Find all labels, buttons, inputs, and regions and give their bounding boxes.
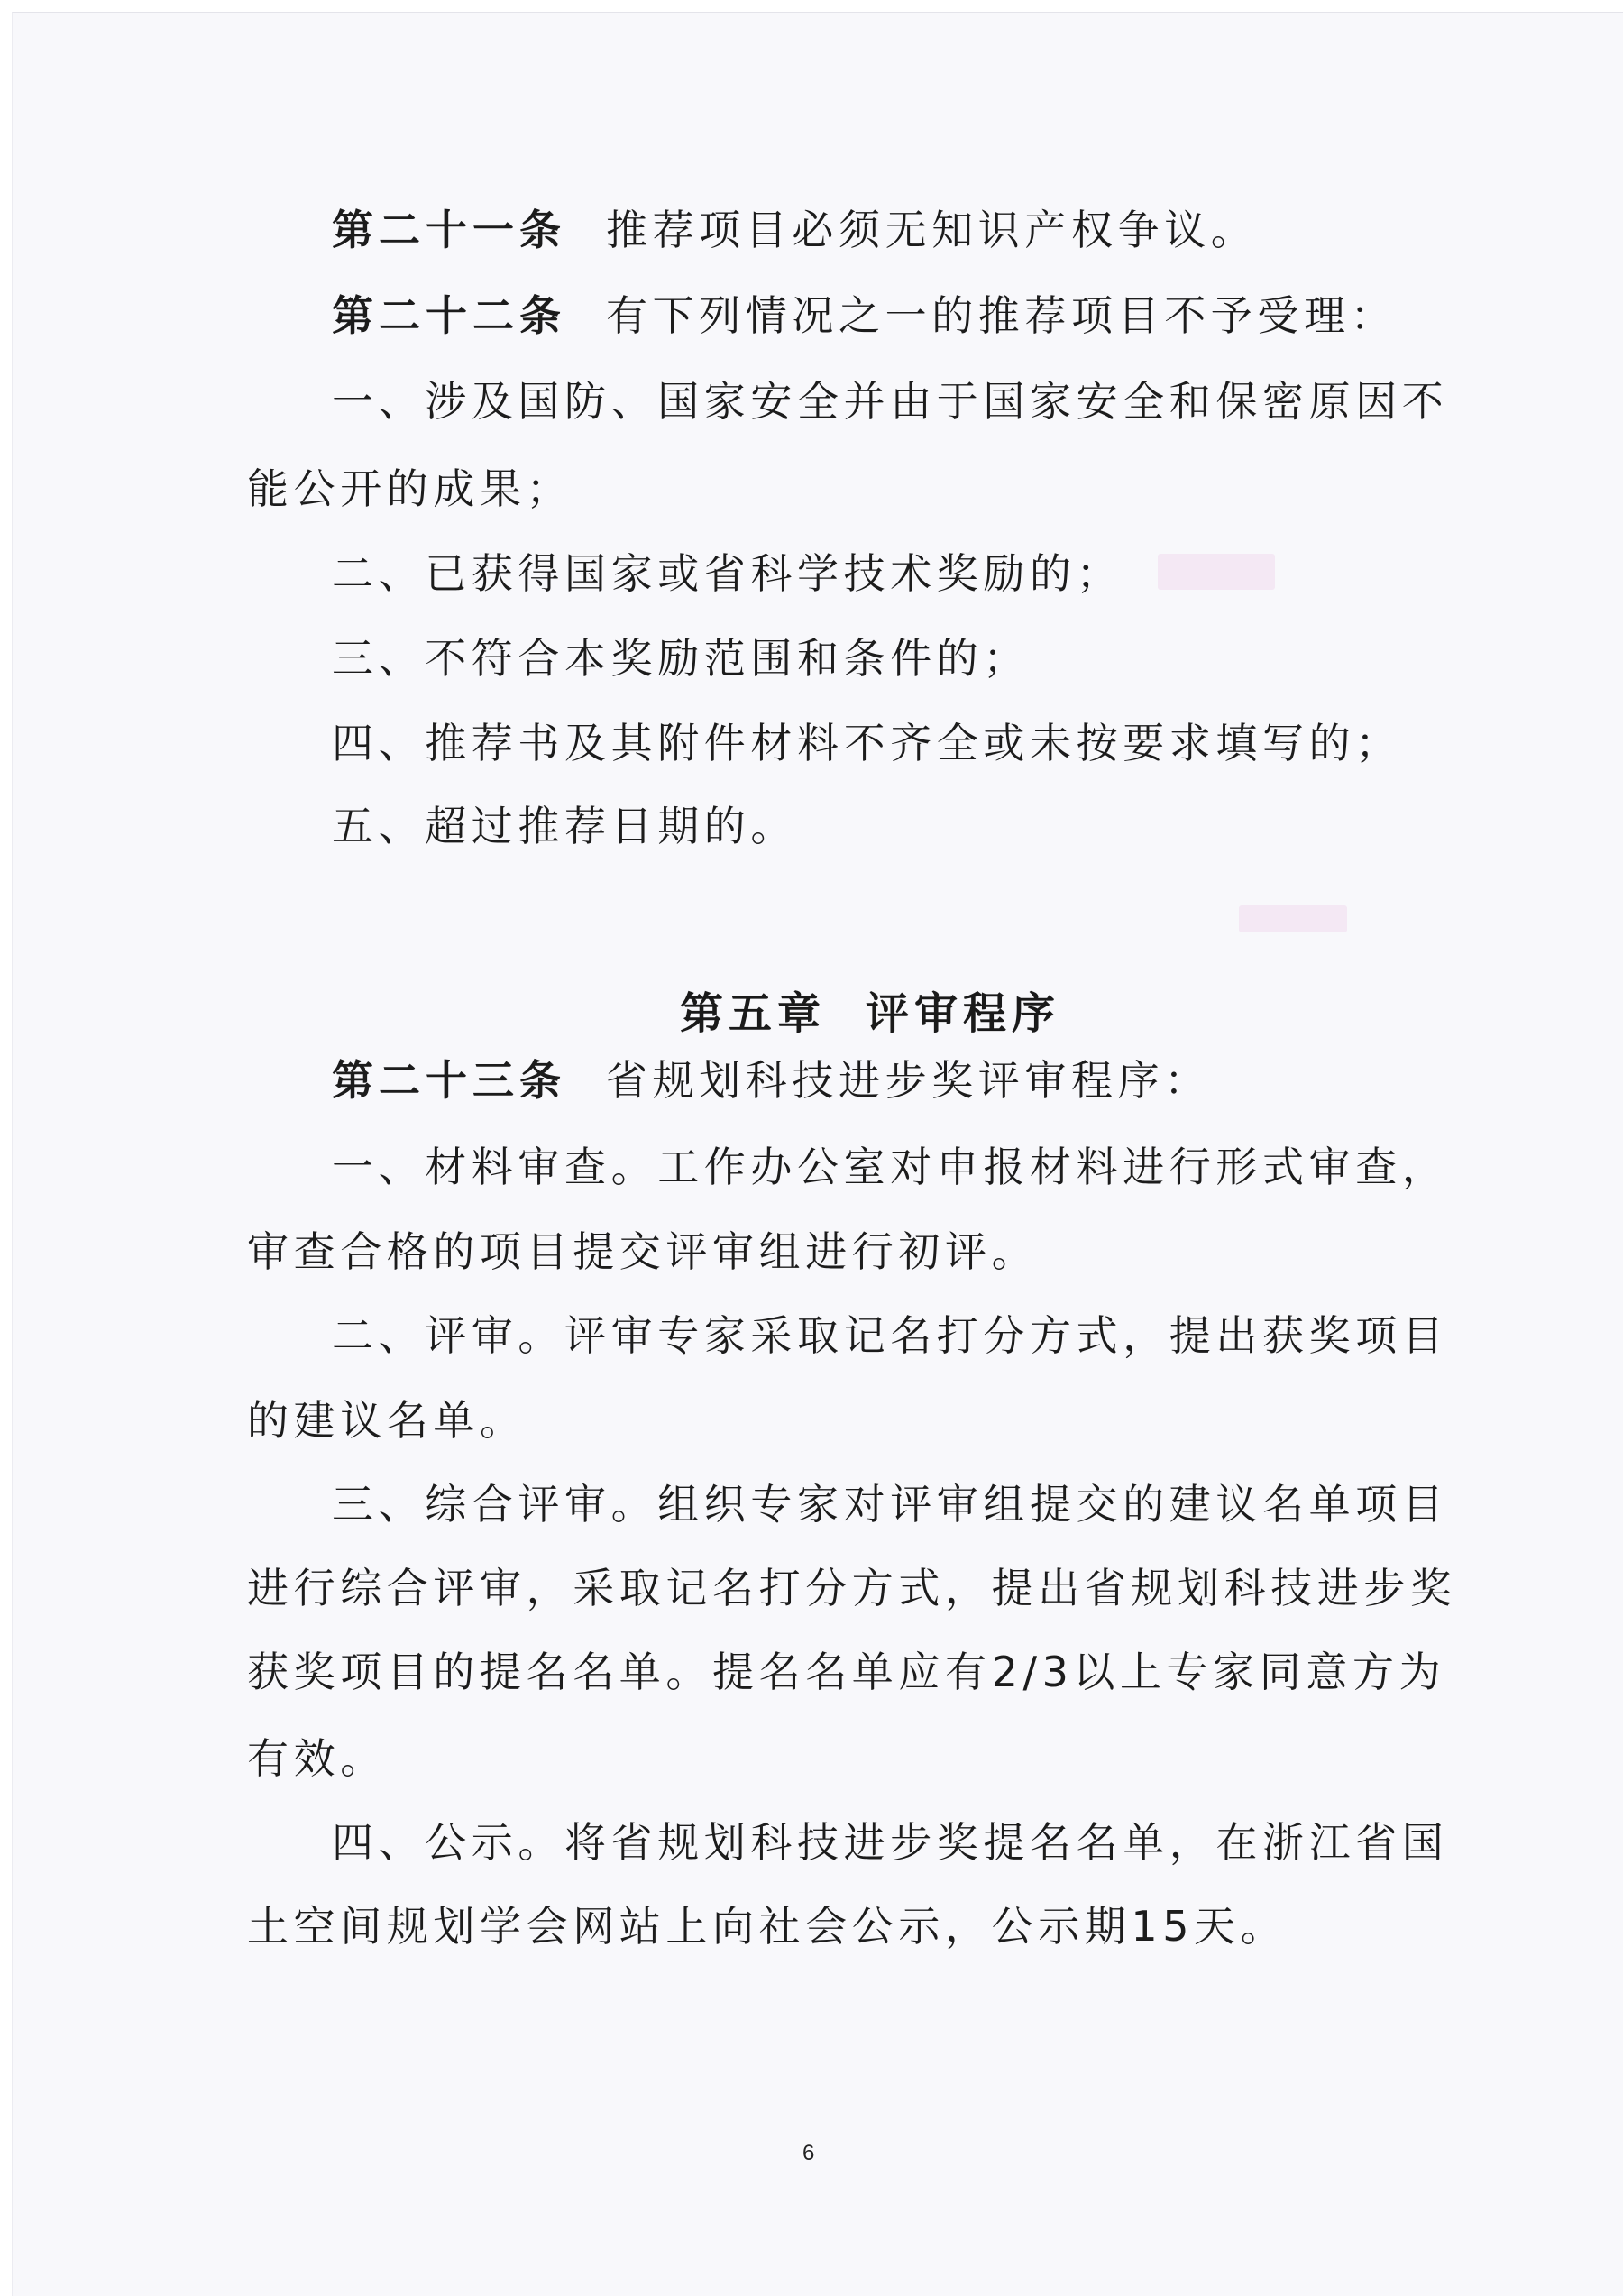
paragraph-line: 一、材料审查。工作办公室对申报材料进行形式审查， <box>332 1142 1448 1192</box>
paragraph-line: 四、推荐书及其附件材料不齐全或未按要求填写的； <box>332 718 1402 768</box>
paragraph-line: 二、已获得国家或省科学技术奖励的； <box>332 548 1123 599</box>
article-text: 有下列情况之一的推荐项目不予受理： <box>606 291 1397 340</box>
paragraph-line: 五、超过推荐日期的。 <box>332 801 797 851</box>
chapter-heading: 第五章评审程序 <box>680 988 1060 1039</box>
article-label: 第二十三条 <box>332 1056 566 1105</box>
paragraph-line: 的建议名单。 <box>247 1395 527 1446</box>
page-number: 6 <box>802 2141 814 2166</box>
paragraph-line: 能公开的成果； <box>247 464 573 514</box>
paragraph-line: 审查合格的项目提交评审组进行初评。 <box>247 1226 1038 1277</box>
article-label: 第二十一条 <box>332 206 566 254</box>
paragraph-line: 二、评审。评审专家采取记名打分方式，提出获奖项目 <box>332 1310 1448 1361</box>
article-text: 省规划科技进步奖评审程序： <box>606 1056 1211 1105</box>
stamp-bleed-mark <box>1158 554 1275 590</box>
paragraph-line: 土空间规划学会网站上向社会公示，公示期15天。 <box>247 1901 1287 1952</box>
paragraph-line: 有效。 <box>247 1733 387 1784</box>
paragraph-line: 四、公示。将省规划科技进步奖提名名单，在浙江省国 <box>332 1817 1448 1868</box>
article-22: 第二十二条有下列情况之一的推荐项目不予受理： <box>332 290 1397 341</box>
article-label: 第二十二条 <box>332 291 566 340</box>
paragraph-line: 一、涉及国防、国家安全并由于国家安全和保密原因不 <box>332 376 1448 427</box>
paragraph-line: 三、综合评审。组织专家对评审组提交的建议名单项目 <box>332 1479 1448 1529</box>
paragraph-line: 进行综合评审，采取记名打分方式，提出省规划科技进步奖 <box>247 1563 1457 1613</box>
chapter-number: 第五章 <box>680 988 826 1039</box>
article-21: 第二十一条推荐项目必须无知识产权争议。 <box>332 205 1257 255</box>
chapter-title: 评审程序 <box>866 988 1060 1039</box>
scanned-page: 第二十一条推荐项目必须无知识产权争议。 第二十二条有下列情况之一的推荐项目不予受… <box>12 12 1623 2296</box>
article-text: 推荐项目必须无知识产权争议。 <box>606 206 1257 254</box>
article-23: 第二十三条省规划科技进步奖评审程序： <box>332 1055 1211 1106</box>
paragraph-line: 获奖项目的提名名单。提名名单应有2/3以上专家同意方为 <box>247 1647 1445 1697</box>
paragraph-line: 三、不符合本奖励范围和条件的； <box>332 633 1030 684</box>
stamp-bleed-mark <box>1239 905 1347 932</box>
